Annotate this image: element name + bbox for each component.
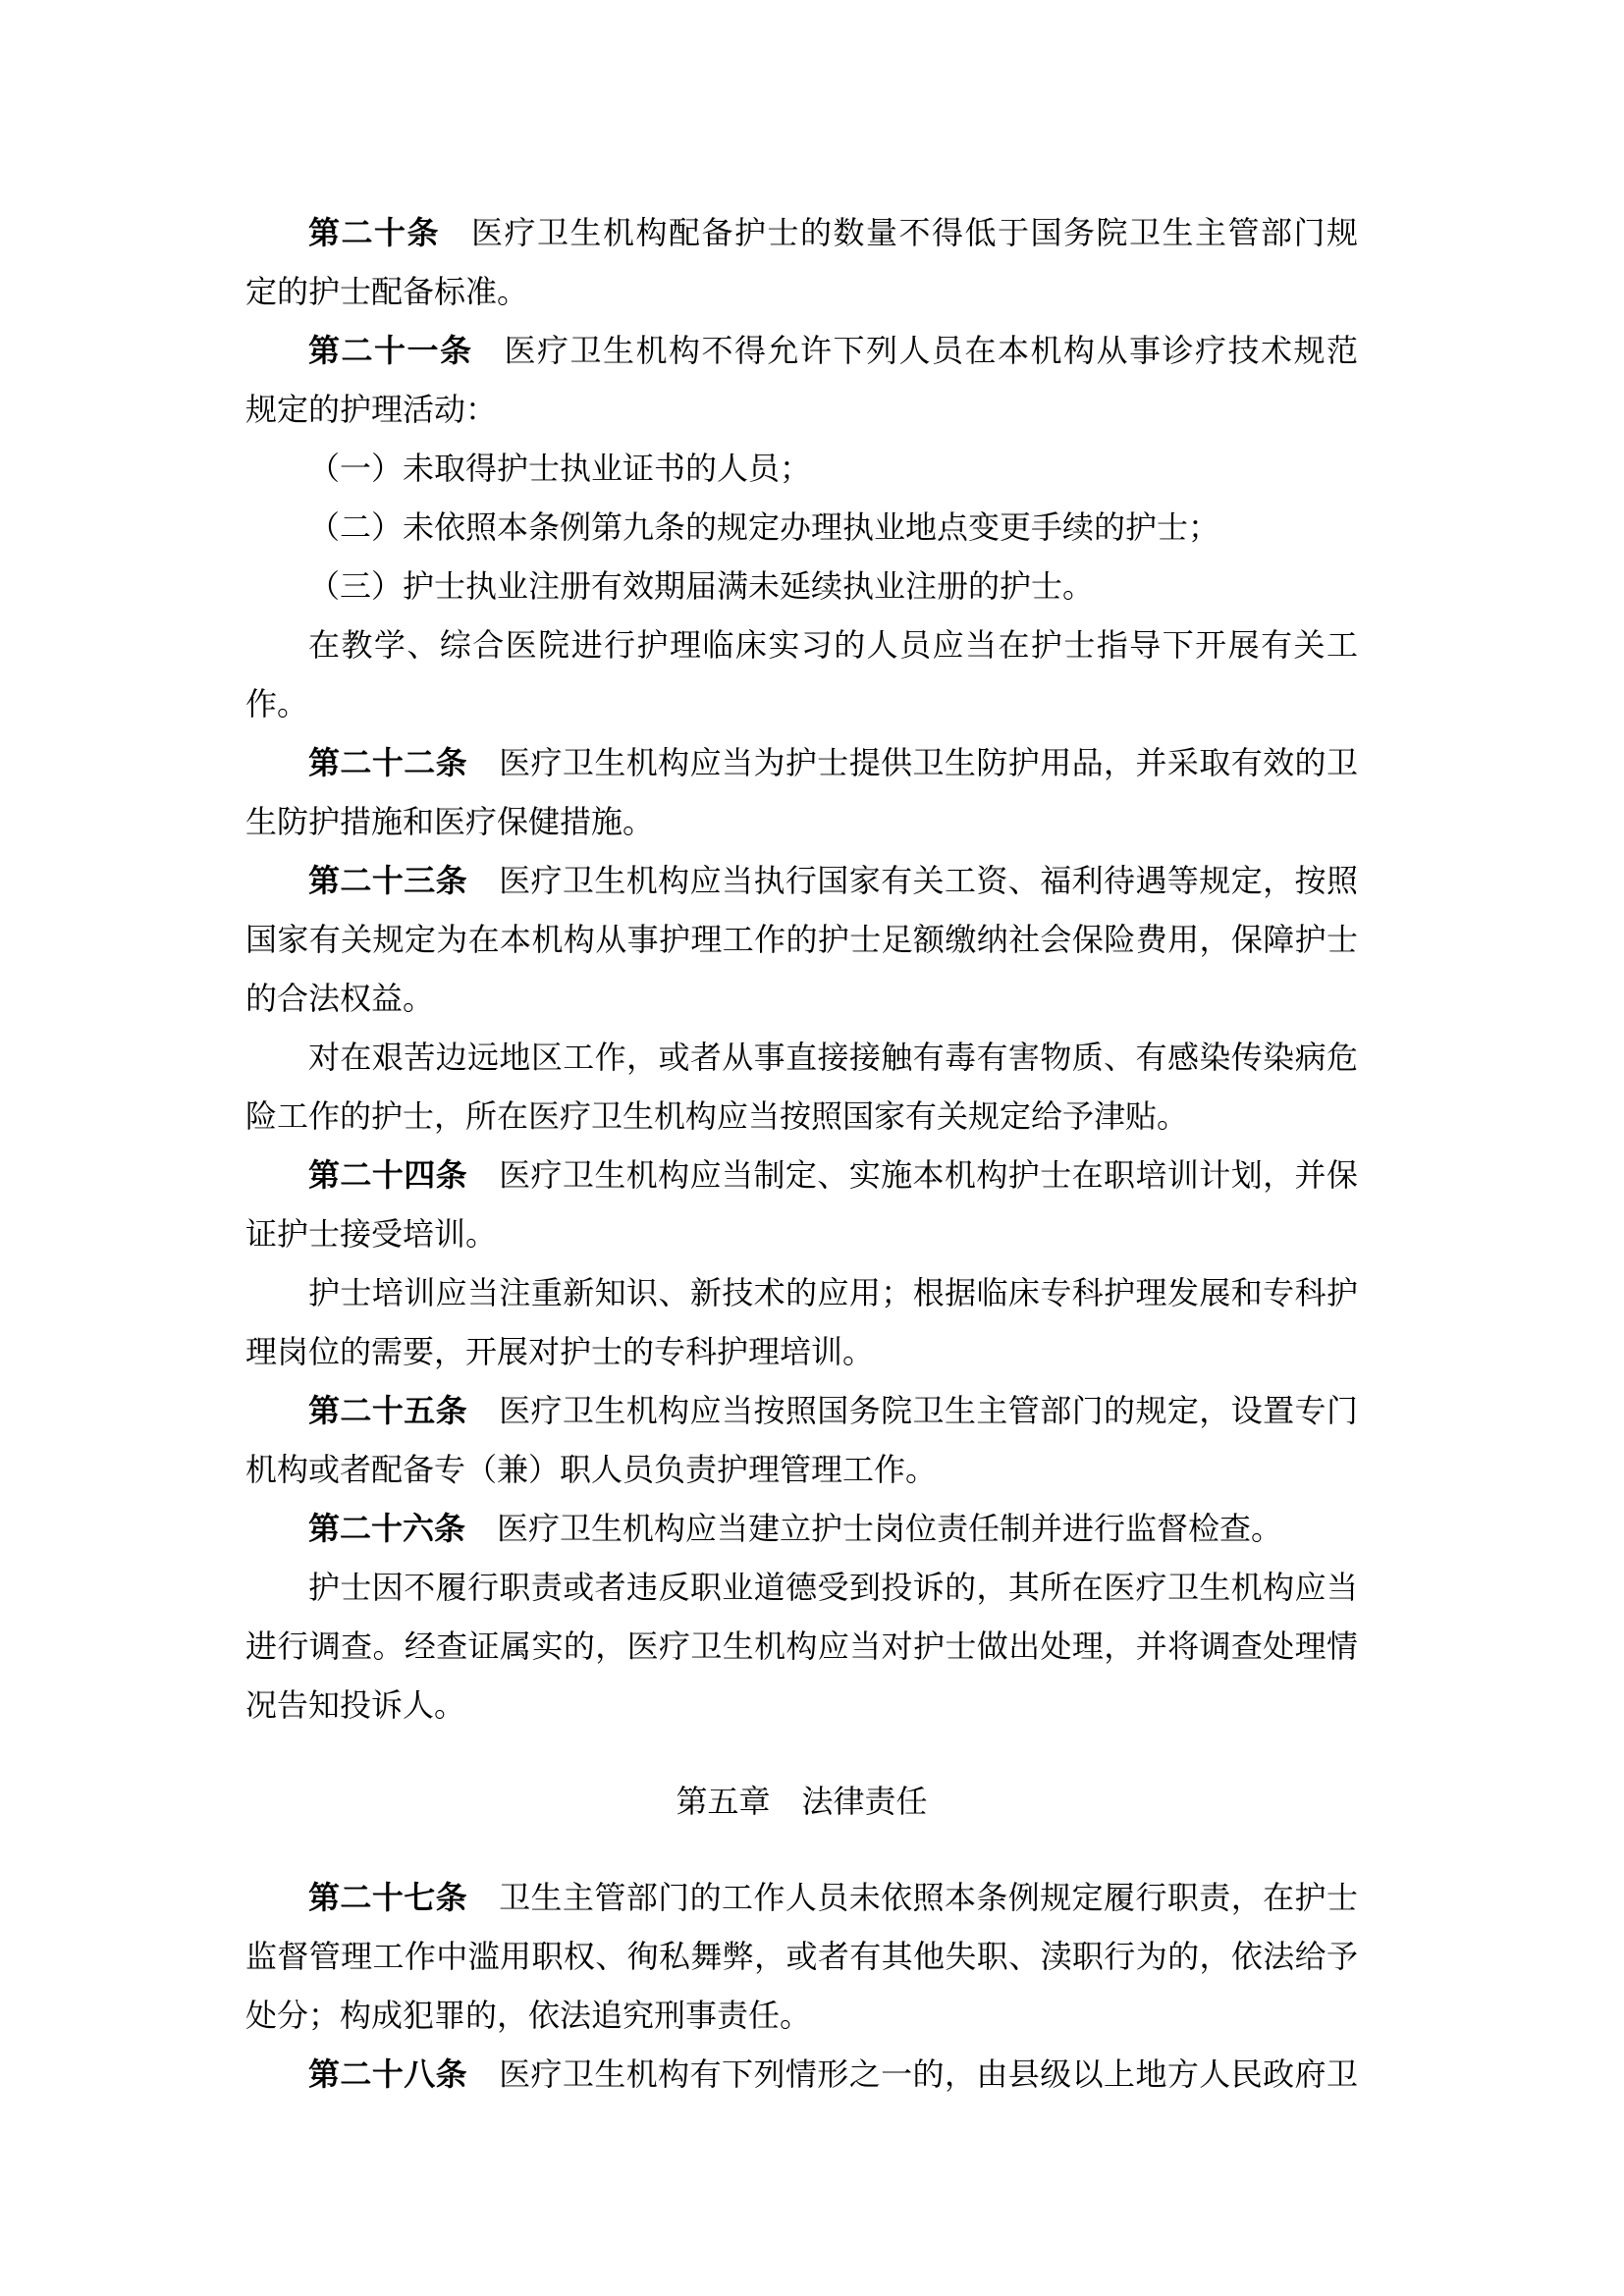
text-line: 进行调查。经查证属实的，医疗卫生机构应当对护士做出处理，并将调查处理情 bbox=[245, 1617, 1358, 1676]
document-page: 第二十条医疗卫生机构配备护士的数量不得低于国务院卫生主管部门规 定的护士配备标准… bbox=[245, 203, 1358, 2104]
line-text: （三）护士执业注册有效期届满未延续执业注册的护士。 bbox=[308, 568, 1094, 604]
text-line: 护士培训应当注重新知识、新技术的应用；根据临床专科护理发展和专科护 bbox=[245, 1263, 1358, 1322]
text-line: 定的护士配备标准。 bbox=[245, 262, 1358, 321]
line-text: （二）未依照本条例第九条的规定办理执业地点变更手续的护士； bbox=[308, 509, 1219, 545]
text-line: 的合法权益。 bbox=[245, 969, 1358, 1028]
line-text: 理岗位的需要，开展对护士的专科护理培训。 bbox=[245, 1334, 874, 1369]
line-text: 护士因不履行职责或者违反职业道德受到投诉的，其所在医疗卫生机构应当 bbox=[308, 1570, 1358, 1605]
line-text: 机构或者配备专（兼）职人员负责护理管理工作。 bbox=[245, 1452, 937, 1487]
article-number: 第二十一条 bbox=[308, 333, 473, 368]
line-text: 医疗卫生机构配备护士的数量不得低于国务院卫生主管部门规 bbox=[471, 215, 1358, 250]
line-text: 进行调查。经查证属实的，医疗卫生机构应当对护士做出处理，并将调查处理情 bbox=[245, 1629, 1358, 1664]
line-text: 对在艰苦边远地区工作，或者从事直接接触有毒有害物质、有感染传染病危 bbox=[308, 1040, 1358, 1075]
text-line: 第二十五条医疗卫生机构应当按照国务院卫生主管部门的规定，设置专门 bbox=[245, 1381, 1358, 1440]
chapter-heading: 第五章法律责任 bbox=[245, 1772, 1358, 1831]
text-line: 监督管理工作中滥用职权、徇私舞弊，或者有其他失职、渎职行为的，依法给予 bbox=[245, 1927, 1358, 1986]
article-number: 第二十七条 bbox=[308, 1880, 467, 1915]
line-text: 证护士接受培训。 bbox=[245, 1216, 497, 1252]
line-text: 医疗卫生机构应当为护士提供卫生防护用品，并采取有效的卫 bbox=[499, 745, 1358, 780]
text-line: 险工作的护士，所在医疗卫生机构应当按照国家有关规定给予津贴。 bbox=[245, 1087, 1358, 1146]
line-text: 医疗卫生机构应当建立护士岗位责任制并进行监督检查。 bbox=[497, 1511, 1282, 1546]
line-text: 况告知投诉人。 bbox=[245, 1687, 465, 1723]
article-number: 第二十四条 bbox=[308, 1157, 467, 1193]
article-number: 第二十五条 bbox=[308, 1393, 467, 1428]
text-line: 证护士接受培训。 bbox=[245, 1204, 1358, 1263]
line-text: （一）未取得护士执业证书的人员； bbox=[308, 451, 811, 486]
chapter-title: 法律责任 bbox=[802, 1784, 928, 1819]
line-text: 医疗卫生机构不得允许下列人员在本机构从事诊疗技术规范 bbox=[505, 333, 1358, 368]
text-line: 作。 bbox=[245, 674, 1358, 733]
line-text: 护士培训应当注重新知识、新技术的应用；根据临床专科护理发展和专科护 bbox=[308, 1275, 1358, 1310]
text-line: 第二十三条医疗卫生机构应当执行国家有关工资、福利待遇等规定，按照 bbox=[245, 851, 1358, 910]
text-line: 第二十一条医疗卫生机构不得允许下列人员在本机构从事诊疗技术规范 bbox=[245, 321, 1358, 380]
text-line: 规定的护理活动： bbox=[245, 380, 1358, 439]
text-line: （一）未取得护士执业证书的人员； bbox=[245, 439, 1358, 498]
line-text: 处分；构成犯罪的，依法追究刑事责任。 bbox=[245, 1998, 811, 2033]
text-line: 对在艰苦边远地区工作，或者从事直接接触有毒有害物质、有感染传染病危 bbox=[245, 1028, 1358, 1087]
line-text: 医疗卫生机构应当制定、实施本机构护士在职培训计划，并保 bbox=[499, 1157, 1358, 1193]
line-text: 规定的护理活动： bbox=[245, 392, 497, 427]
text-line: 第二十四条医疗卫生机构应当制定、实施本机构护士在职培训计划，并保 bbox=[245, 1146, 1358, 1204]
article-number: 第二十二条 bbox=[308, 745, 467, 780]
text-line: 国家有关规定为在本机构从事护理工作的护士足额缴纳社会保险费用，保障护士 bbox=[245, 910, 1358, 969]
article-number: 第二十八条 bbox=[308, 2056, 467, 2092]
line-text: 险工作的护士，所在医疗卫生机构应当按照国家有关规定给予津贴。 bbox=[245, 1098, 1188, 1134]
article-number: 第二十六条 bbox=[308, 1511, 465, 1546]
text-line: 第二十六条医疗卫生机构应当建立护士岗位责任制并进行监督检查。 bbox=[245, 1499, 1358, 1558]
text-line: （二）未依照本条例第九条的规定办理执业地点变更手续的护士； bbox=[245, 498, 1358, 557]
line-text: 监督管理工作中滥用职权、徇私舞弊，或者有其他失职、渎职行为的，依法给予 bbox=[245, 1939, 1358, 1974]
line-text: 生防护措施和医疗保健措施。 bbox=[245, 804, 654, 839]
line-text: 在教学、综合医院进行护理临床实习的人员应当在护士指导下开展有关工 bbox=[308, 627, 1358, 663]
text-line: 第二十七条卫生主管部门的工作人员未依照本条例规定履行职责，在护士 bbox=[245, 1868, 1358, 1927]
line-text: 国家有关规定为在本机构从事护理工作的护士足额缴纳社会保险费用，保障护士 bbox=[245, 922, 1358, 957]
text-line: 理岗位的需要，开展对护士的专科护理培训。 bbox=[245, 1322, 1358, 1381]
text-line: 第二十二条医疗卫生机构应当为护士提供卫生防护用品，并采取有效的卫 bbox=[245, 733, 1358, 792]
line-text: 医疗卫生机构应当执行国家有关工资、福利待遇等规定，按照 bbox=[499, 863, 1358, 898]
text-line: （三）护士执业注册有效期届满未延续执业注册的护士。 bbox=[245, 557, 1358, 615]
text-line: 况告知投诉人。 bbox=[245, 1676, 1358, 1735]
line-text: 定的护士配备标准。 bbox=[245, 274, 528, 309]
article-number: 第二十三条 bbox=[308, 863, 467, 898]
line-text: 的合法权益。 bbox=[245, 981, 434, 1016]
text-line: 第二十条医疗卫生机构配备护士的数量不得低于国务院卫生主管部门规 bbox=[245, 203, 1358, 262]
line-text: 医疗卫生机构有下列情形之一的，由县级以上地方人民政府卫 bbox=[499, 2056, 1358, 2092]
text-line: 处分；构成犯罪的，依法追究刑事责任。 bbox=[245, 1986, 1358, 2045]
text-line: 生防护措施和医疗保健措施。 bbox=[245, 792, 1358, 851]
line-text: 作。 bbox=[245, 686, 308, 721]
line-text: 卫生主管部门的工作人员未依照本条例规定履行职责，在护士 bbox=[499, 1880, 1358, 1915]
text-line: 在教学、综合医院进行护理临床实习的人员应当在护士指导下开展有关工 bbox=[245, 615, 1358, 674]
article-number: 第二十条 bbox=[308, 215, 440, 250]
text-line: 护士因不履行职责或者违反职业道德受到投诉的，其所在医疗卫生机构应当 bbox=[245, 1558, 1358, 1617]
chapter-number: 第五章 bbox=[676, 1784, 770, 1819]
text-line: 第二十八条医疗卫生机构有下列情形之一的，由县级以上地方人民政府卫 bbox=[245, 2045, 1358, 2104]
text-line: 机构或者配备专（兼）职人员负责护理管理工作。 bbox=[245, 1440, 1358, 1499]
line-text: 医疗卫生机构应当按照国务院卫生主管部门的规定，设置专门 bbox=[499, 1393, 1358, 1428]
